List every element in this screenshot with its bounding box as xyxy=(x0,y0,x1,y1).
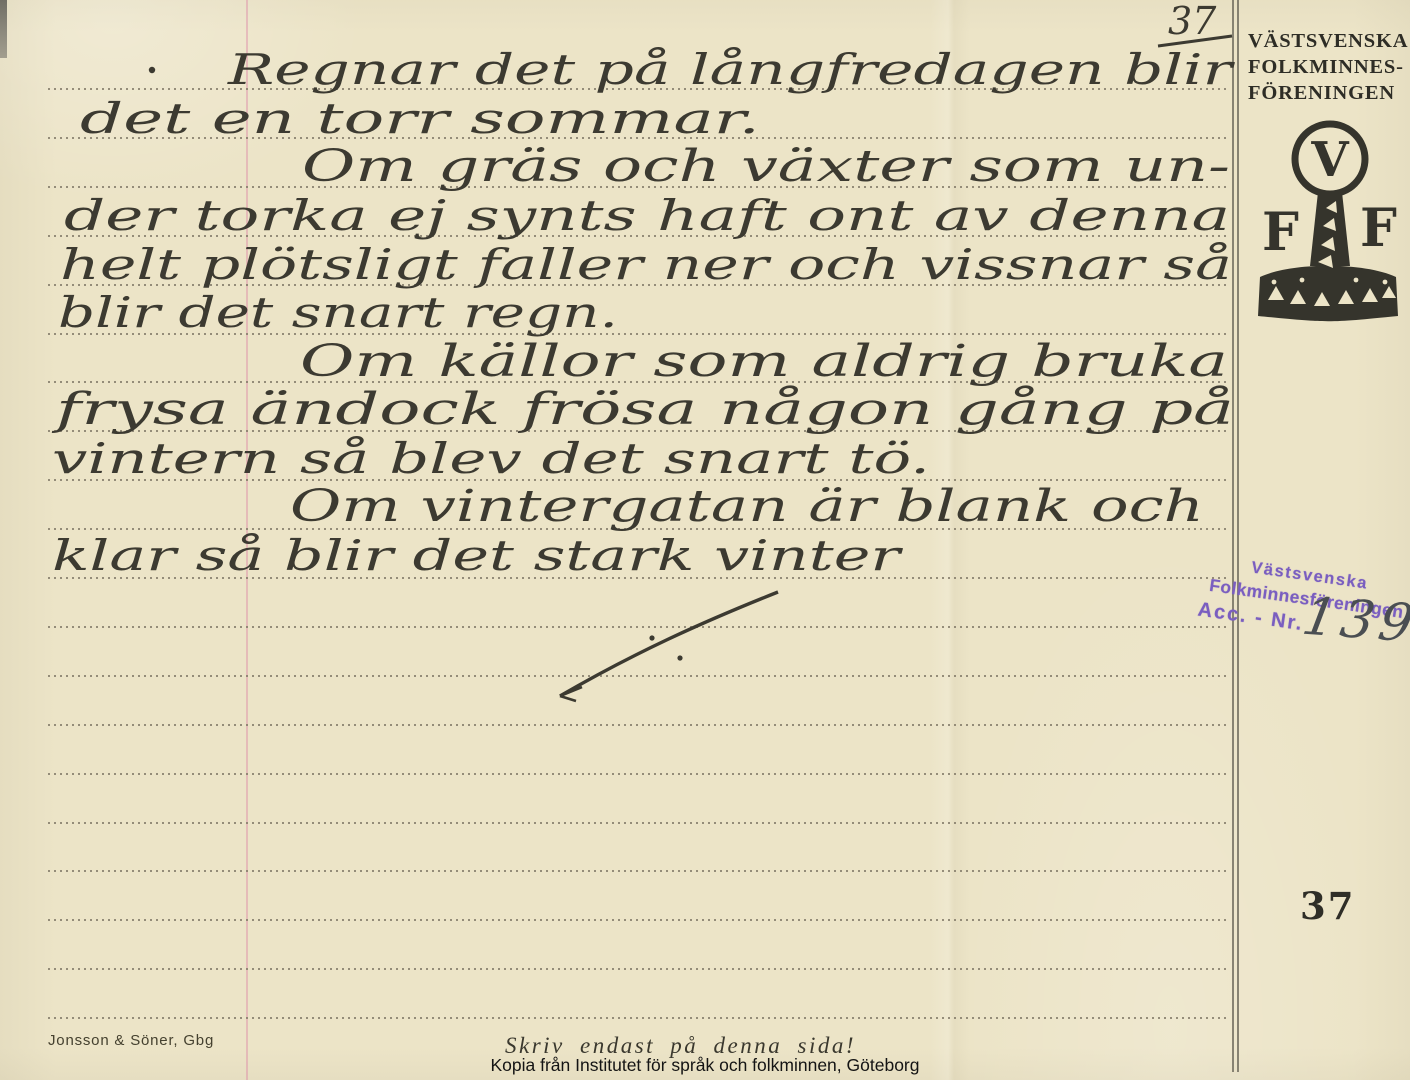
handwriting-line: vintern så blev det snart tö. xyxy=(52,434,930,483)
handwriting-line: det en torr sommar. xyxy=(80,94,760,143)
handwriting-line: helt plötsligt faller ner och vissnar så xyxy=(60,240,1232,289)
ruled-line xyxy=(48,968,1228,970)
margin-pink-line xyxy=(246,0,248,1080)
ruled-line xyxy=(48,822,1228,824)
ruled-line xyxy=(48,919,1228,921)
paper-crease xyxy=(930,0,970,1080)
org-header-line: FÖRENINGEN xyxy=(1248,80,1408,106)
ruled-line xyxy=(48,235,1228,237)
ruled-line xyxy=(48,381,1228,383)
page-number-underline xyxy=(1158,36,1232,46)
signature-flourish xyxy=(560,592,778,701)
handwriting-line: blir det snart regn. xyxy=(58,288,618,337)
printed-page-number: 37 xyxy=(1300,884,1356,928)
handwriting-line: Om vintergatan är blank och xyxy=(290,481,1204,532)
hammer-shaft xyxy=(1310,192,1350,266)
ruled-line xyxy=(48,479,1228,481)
printer-credit: Jonsson & Söner, Gbg xyxy=(48,1032,214,1049)
ruled-line xyxy=(48,773,1228,775)
ruled-line xyxy=(48,724,1228,726)
ink-dot xyxy=(149,67,155,73)
handwriting-line: Regnar det på långfredagen blir xyxy=(227,45,1237,94)
handwriting-line: klar så blir det stark vinter xyxy=(52,531,904,580)
ruled-line xyxy=(48,528,1228,530)
margin-vertical-rule xyxy=(1232,0,1234,1072)
ruled-line xyxy=(48,1017,1228,1019)
org-header-line: FOLKMINNES- xyxy=(1248,54,1408,80)
margin-vertical-rule xyxy=(1237,0,1239,1072)
ruled-line xyxy=(48,626,1228,628)
accession-number-handwritten: 1391 xyxy=(1298,587,1410,657)
handwriting-line: frysa ändock frösa någon gång på xyxy=(51,384,1234,435)
ruled-line xyxy=(48,430,1228,432)
ruled-line xyxy=(48,284,1228,286)
ruled-line xyxy=(48,186,1228,188)
logo-letter-f-left: F xyxy=(1262,202,1299,263)
thors-hammer-logo: V F F xyxy=(1252,112,1404,340)
ruled-line xyxy=(48,577,1228,579)
handwriting-line: Om gräs och växter som un- xyxy=(302,141,1230,192)
org-header-line: VÄSTSVENSKA xyxy=(1248,28,1408,54)
ruled-line xyxy=(48,137,1228,139)
handwriting-layer: 37 Regnar det på långfredagen blir det e… xyxy=(0,0,1410,1080)
logo-letter-v: V xyxy=(1310,132,1349,188)
ruled-line xyxy=(48,870,1228,872)
ruled-line xyxy=(48,675,1228,677)
handwriting-line: Om källor som aldrig bruka xyxy=(300,336,1228,387)
ruled-line xyxy=(48,88,1228,90)
handwriting-line: der torka ej synts haft ont av denna xyxy=(64,191,1230,240)
logo-letter-f-right: F xyxy=(1360,198,1397,259)
ruled-line xyxy=(48,333,1228,335)
organisation-header: VÄSTSVENSKA FOLKMINNES- FÖRENINGEN xyxy=(1248,28,1408,106)
scan-edge-mark xyxy=(0,0,7,58)
archive-copy-note: Kopia från Institutet för språk och folk… xyxy=(0,1055,1410,1076)
paper-shading xyxy=(0,0,1410,1080)
scanned-document-page: { "page": { "handwritten_page_number": "… xyxy=(0,0,1410,1080)
handwritten-page-number: 37 xyxy=(1168,0,1217,43)
